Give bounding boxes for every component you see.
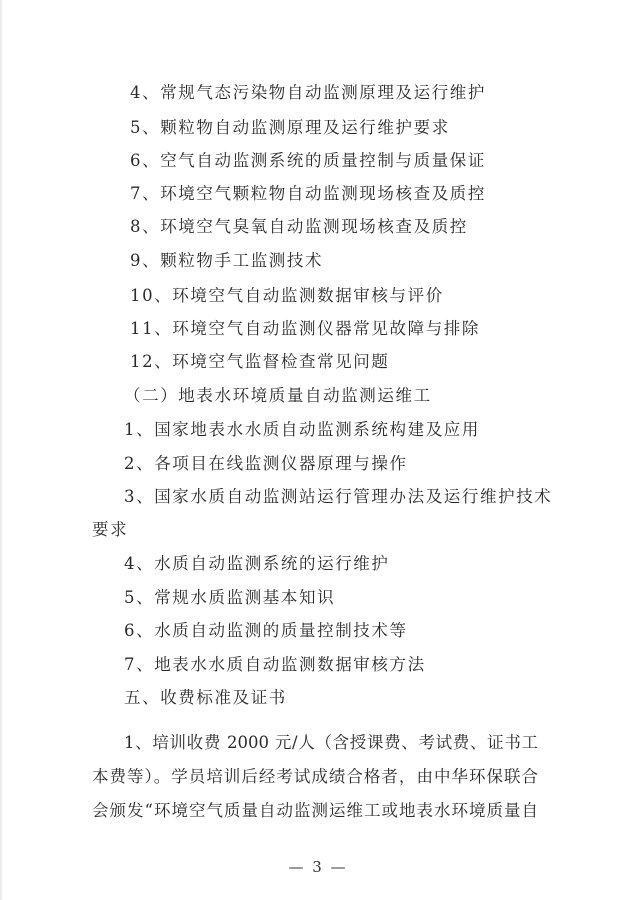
section-heading: 五、收费标准及证书 [124,688,287,708]
list-item: 2、各项目在线监测仪器原理与操作 [124,454,408,474]
list-item: 5、颗粒物自动监测原理及运行维护要求 [130,118,450,138]
list-item: 10、环境空气自动监测数据审核与评价 [130,286,444,306]
paragraph-line: 会颁发“环境空气质量自动监测运维工或地表水环境质量自 [92,801,538,821]
list-item: 6、空气自动监测系统的质量控制与质量保证 [130,151,486,171]
list-item: 9、颗粒物手工监测技术 [130,251,323,271]
paragraph-line: 本费等）。学员培训后经考试成绩合格者，由中华环保联合 [92,767,538,787]
scan-page-edge [0,0,3,900]
list-item-continuation: 要求 [92,520,128,540]
list-item: 12、环境空气监督检查常见问题 [130,352,390,372]
section-heading: （二）地表水环境质量自动监测运维工 [124,386,432,406]
list-item: 5、常规水质监测基本知识 [124,588,335,608]
list-item: 3、国家水质自动监测站运行管理办法及运行维护技术 [124,487,552,507]
list-item: 4、水质自动监测系统的运行维护 [124,554,390,574]
list-item: 8、环境空气臭氧自动监测现场核查及质控 [130,217,468,237]
list-item: 11、环境空气自动监测仪器常见故障与排除 [130,319,480,339]
list-item: 7、地表水水质自动监测数据审核方法 [124,655,426,675]
list-item: 4、常规气态污染物自动监测原理及运行维护 [130,83,486,103]
list-item: 6、水质自动监测的质量控制技术等 [124,621,408,641]
page-number: — 3 — [0,858,636,876]
list-item: 7、环境空气颗粒物自动监测现场核查及质控 [130,184,486,204]
list-item: 1、国家地表水水质自动监测系统构建及应用 [124,420,480,440]
paragraph-line: 1、培训收费 2000 元/人（含授课费、考试费、证书工 [124,733,538,753]
